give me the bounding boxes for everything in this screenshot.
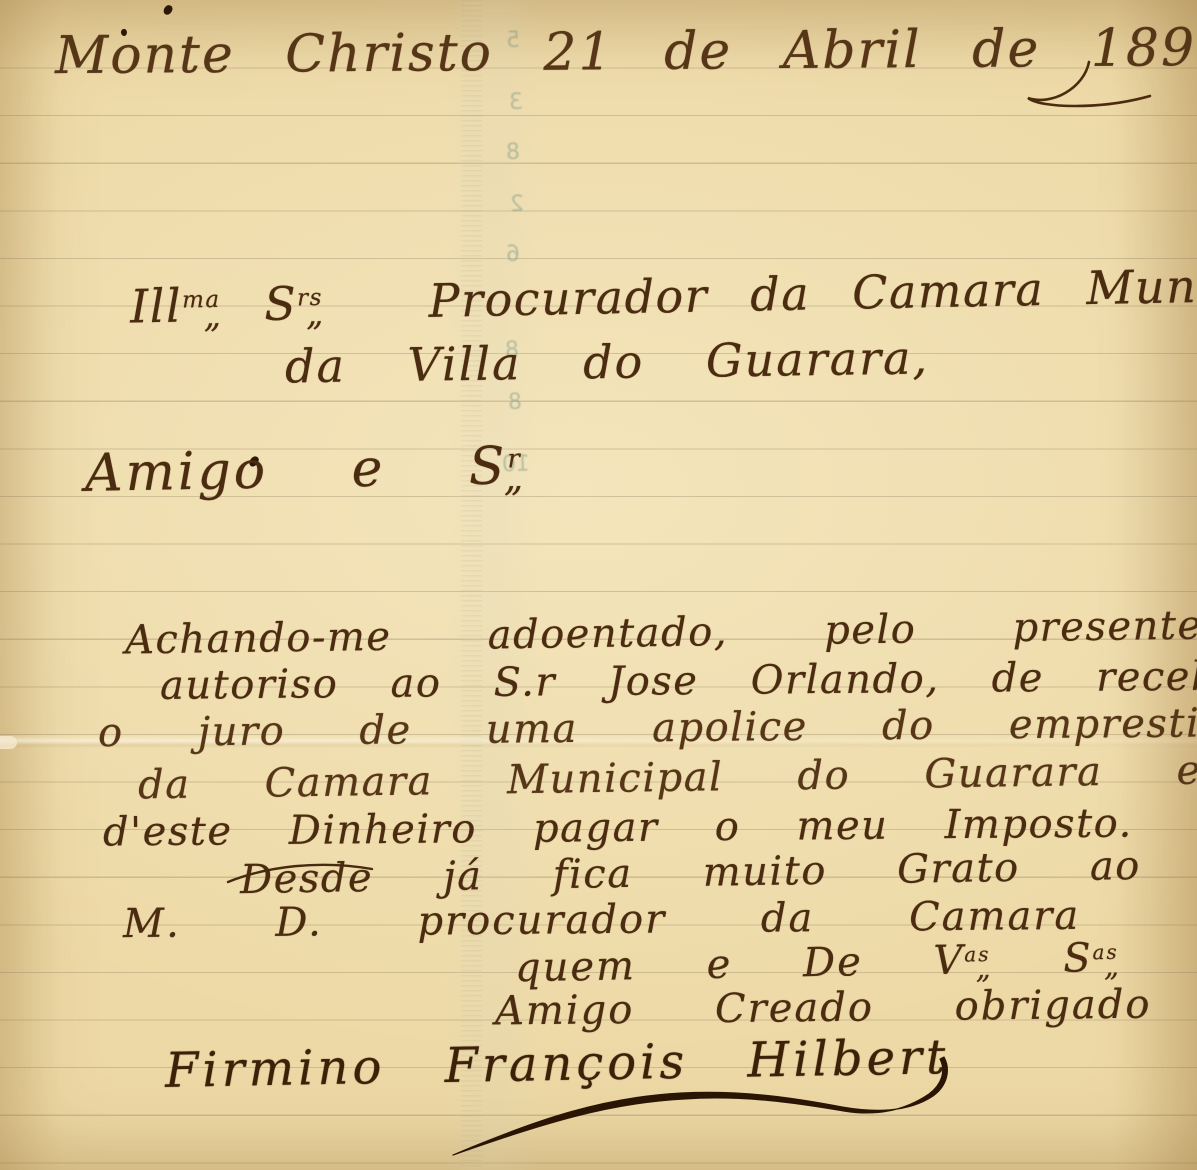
body-line-3: o juro de uma apolice do emprestimo [98,703,1197,753]
body-line-6: Desde já fica muito Grato ao [240,846,1141,900]
recipient-office: Procurador da Camara Municipal [428,256,1197,327]
closing-text-2: S [1063,935,1093,982]
edge-tear-mark [0,736,17,749]
bleedthrough-digit: 2 [510,192,525,217]
under-quote-mark: „ [503,459,526,497]
closing-text: quem e De V [515,937,965,991]
under-quote-mark: „ [306,297,325,330]
salutation-text: Amigo e S [84,436,508,503]
body-line-2: autoriso ao S.r Jose Orlando, de receber [160,656,1197,706]
bleedthrough-ruler-strip [461,0,482,1170]
body-line-1: Achando-me adoentado, pelo presente [125,605,1197,660]
bleedthrough-digit: 3 [509,90,524,115]
bleedthrough-digit: 6 [506,242,521,267]
bleedthrough-digit: 8 [506,140,521,165]
date-line: Monte Christo 21 de Abril de 1897 [55,22,1197,82]
under-quote-mark: „ [203,299,222,332]
ink-speck [162,4,173,16]
bleedthrough-digit: 8 [508,390,523,415]
recipient-line-1: Illma„ Srs„ Procurador da Camara Municip… [130,260,1197,333]
under-quote-mark: „ [1104,952,1121,981]
recipient-title: S [264,276,298,331]
handwritten-letter-page: 5 3 8 2 6 8 8 10 Monte Christo 21 de Abr… [0,0,1197,1170]
body-line-4: da Camara Municipal do Guarara e [138,751,1197,806]
recipient-line-2: da Villa do Guarara, [285,335,930,390]
signature-line: Firmino François Hilbert [165,1033,950,1095]
under-quote-mark: „ [975,954,992,983]
salutation-line: Amigo e Sr„ [85,440,527,504]
recipient-honorific: Ill [130,279,183,334]
closing-line-2: Amigo Creado obrigado [495,985,1152,1032]
